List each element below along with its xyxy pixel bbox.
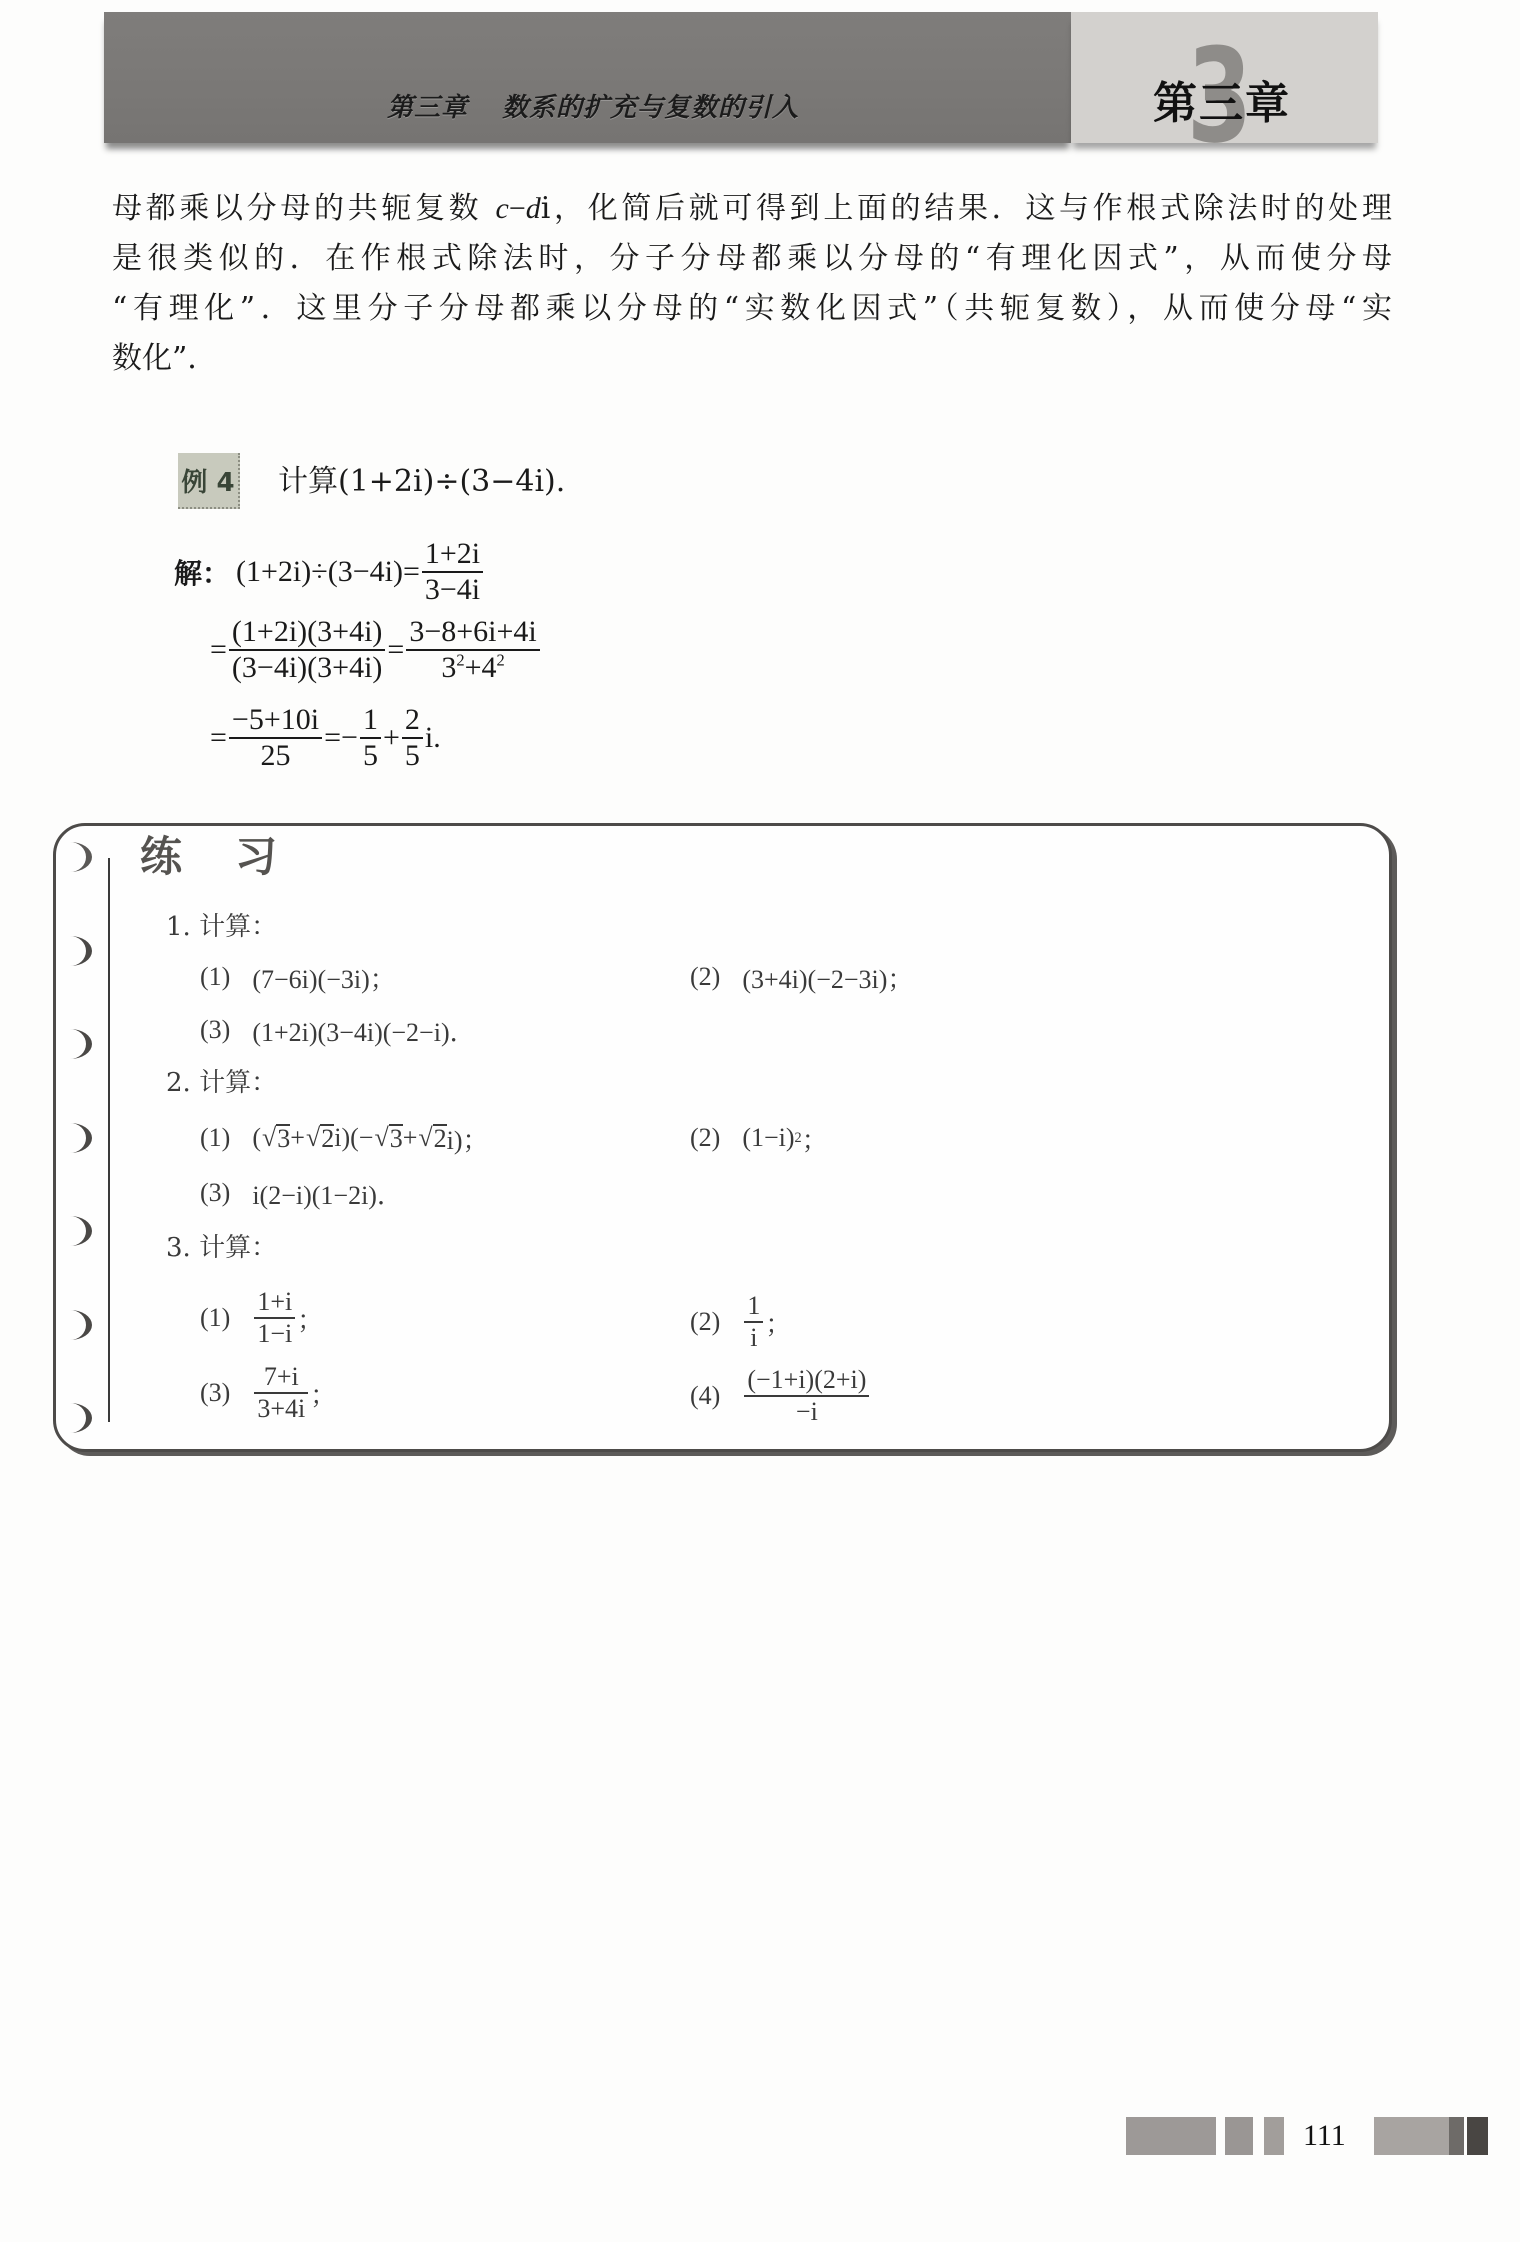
exercise-item: (3) (1+2i)(3−4i)(−2−i)． [200,1013,476,1047]
notebook-spine-line [108,858,110,1422]
numerator: 1 [360,704,381,739]
exercise-item: (2) (3+4i)(−2−3i)； [690,960,913,994]
denominator: (3−4i)(3+4i) [229,651,385,684]
sqrt-icon: √ [374,1123,388,1153]
page-number: 111 [1303,2117,1346,2155]
solution-step-3: = −5+10i 25 =− 1 5 + 2 5 i. [210,698,441,778]
paren: ( [252,1123,261,1153]
text: 母都乘以分母的共轭复数 [112,191,496,226]
item-label: (1) [200,962,230,992]
exercise-item: (3) i(2−i)(1−2i)． [200,1176,403,1210]
sqrt-icon: √ [262,1123,276,1153]
paragraph-line: “有理化”．这里分子分母都乘以分母的“实数化因式”（共轭复数），从而使分母“实 [112,284,1392,334]
binder-ring-icon [66,840,96,874]
equals-sign: = [387,633,404,667]
footer-decor-block [1374,2117,1449,2155]
exercise-heading: 2. 计算： [166,1066,277,1100]
plus-sign: + [290,1123,305,1153]
denominator: i [744,1323,763,1352]
item-label: (3) [200,1015,230,1045]
exercise-item: (1) (√3+√2i)(−√3+√2i)； [200,1119,489,1157]
suffix: ； [765,1304,791,1341]
fraction: 1 i [744,1292,763,1352]
example-problem: 计算(1+2i)÷(3−4i). [278,462,565,502]
binder-ring-icon [66,1401,96,1435]
fraction: 1+i 1−i [254,1288,295,1348]
binder-ring-icon [66,1214,96,1248]
exercise-item: (2) (1−i)2； [690,1121,828,1155]
fraction: (−1+i)(2+i) −i [744,1366,869,1426]
textbook-page: 第三章 数系的扩充与复数的引入 3 第三章 母都乘以分母的共轭复数 c−di，化… [0,0,1520,2242]
example-label: 例 4 [178,453,240,509]
item-expression: (3+4i)(−2−3i)； [742,959,913,996]
footer-decor-block [1264,2117,1284,2155]
expression: (1+2i)÷(3−4i)= [236,555,420,589]
fraction: −5+10i 25 [229,704,322,772]
item-expression: (1+2i)(3−4i)(−2−i)． [252,1012,475,1049]
paragraph-line: 母都乘以分母的共轭复数 c−di，化简后就可得到上面的结果．这与作根式除法时的处… [112,184,1392,234]
solution-lead: 解： [174,552,230,592]
denominator: 3−4i [422,573,483,606]
chapter-label: 第三章 [1153,82,1291,126]
item-expression: (7−6i)(−3i)； [252,959,395,996]
item-label: (2) [690,1307,720,1337]
numerator: 1+i [254,1288,295,1319]
item-label: (4) [690,1381,720,1411]
sqrt-icon: √ [306,1123,320,1153]
running-title: 数系的扩充与复数的引入 [502,93,799,123]
denominator: 3+4i [254,1394,308,1423]
suffix: ； [802,1120,828,1157]
denominator: −i [744,1397,869,1426]
exercise-heading: 3. 计算： [166,1231,277,1265]
text: i)； [447,1120,489,1157]
base: 4 [481,651,496,684]
exponent: 2 [496,650,504,669]
solution-step-1: 解： (1+2i)÷(3−4i)= 1+2i 3−4i [174,532,485,612]
base: 3 [441,651,456,684]
paragraph-line: 数化”． [112,334,1392,384]
fraction: 7+i 3+4i [254,1363,308,1423]
fraction: 1 5 [360,704,381,772]
numerator: 1+2i [422,538,483,573]
equals-sign: = [210,721,227,755]
item-expression: (1−i) [742,1123,794,1153]
fraction: 1+2i 3−4i [422,538,483,606]
exercise-item: (1) (7−6i)(−3i)； [200,960,396,994]
denominator: 1−i [254,1319,295,1348]
numerator: (1+2i)(3+4i) [229,616,385,651]
radicand: 3 [276,1124,290,1152]
radicand: 2 [433,1124,447,1152]
item-label: (2) [690,962,720,992]
numerator: 1 [744,1292,763,1323]
plus-sign: + [383,721,400,755]
footer-decor-block [1467,2117,1488,2155]
denominator: 32+42 [406,651,539,684]
exercise-title-char: 练 [140,834,182,880]
fraction: 2 5 [402,704,423,772]
item-label: (1) [200,1123,230,1153]
running-chapter: 第三章 [387,93,468,123]
fraction: 3−8+6i+4i 32+42 [406,616,539,684]
binder-ring-icon [66,934,96,968]
plus-sign: + [403,1123,418,1153]
numerator: −5+10i [229,704,322,739]
denominator: 5 [360,739,381,772]
binder-ring-icon [66,1121,96,1155]
denominator: 5 [402,739,423,772]
item-expression: i(2−i)(1−2i)． [252,1175,403,1212]
variable-d: d [526,192,541,225]
binder-ring-icon [66,1308,96,1342]
sqrt-icon: √ [418,1123,432,1153]
exponent: 2 [456,650,464,669]
exercise-item: (2) 1 i ； [690,1292,791,1352]
header-band [104,12,1071,143]
text: i)(− [334,1123,373,1153]
radicand: 3 [389,1124,403,1152]
binder-ring-icon [66,1027,96,1061]
equals-minus: =− [324,721,358,755]
exercise-title-char: 习 [235,834,277,880]
numerator: 7+i [254,1363,308,1394]
numerator: (−1+i)(2+i) [744,1366,869,1397]
exercise-item: (4) (−1+i)(2+i) −i [690,1366,871,1426]
body-paragraph: 母都乘以分母的共轭复数 c−di，化简后就可得到上面的结果．这与作根式除法时的处… [112,184,1392,384]
chapter-badge: 3 第三章 [1071,12,1378,143]
radicand: 2 [320,1124,334,1152]
footer-decor-block [1449,2117,1464,2155]
exercise-item: (3) 7+i 3+4i ； [200,1363,336,1423]
expression-tail: i. [425,721,441,755]
numerator: 2 [402,704,423,739]
text: i，化简后就可得到上面的结果．这与作根式除法时的处理 [541,191,1392,226]
numerator: 3−8+6i+4i [406,616,539,651]
exercise-item: (1) 1+i 1−i ； [200,1288,323,1348]
solution-step-2: = (1+2i)(3+4i) (3−4i)(3+4i) = 3−8+6i+4i … [210,610,542,690]
footer-decor-block [1225,2117,1253,2155]
minus-sign: − [509,192,526,225]
equals-sign: = [210,633,227,667]
item-label: (3) [200,1378,230,1408]
suffix: ； [297,1300,323,1337]
item-label: (1) [200,1303,230,1333]
variable-c: c [496,192,509,225]
plus-sign: + [465,651,482,684]
suffix: ； [310,1375,336,1412]
fraction: (1+2i)(3+4i) (3−4i)(3+4i) [229,616,385,684]
item-label: (2) [690,1123,720,1153]
denominator: 25 [229,739,322,772]
footer-decor-block [1126,2117,1216,2155]
exercise-heading: 1. 计算： [166,910,277,944]
item-label: (3) [200,1178,230,1208]
paragraph-line: 是很类似的．在作根式除法时，分子分母都乘以分母的“有理化因式”，从而使分母 [112,234,1392,284]
